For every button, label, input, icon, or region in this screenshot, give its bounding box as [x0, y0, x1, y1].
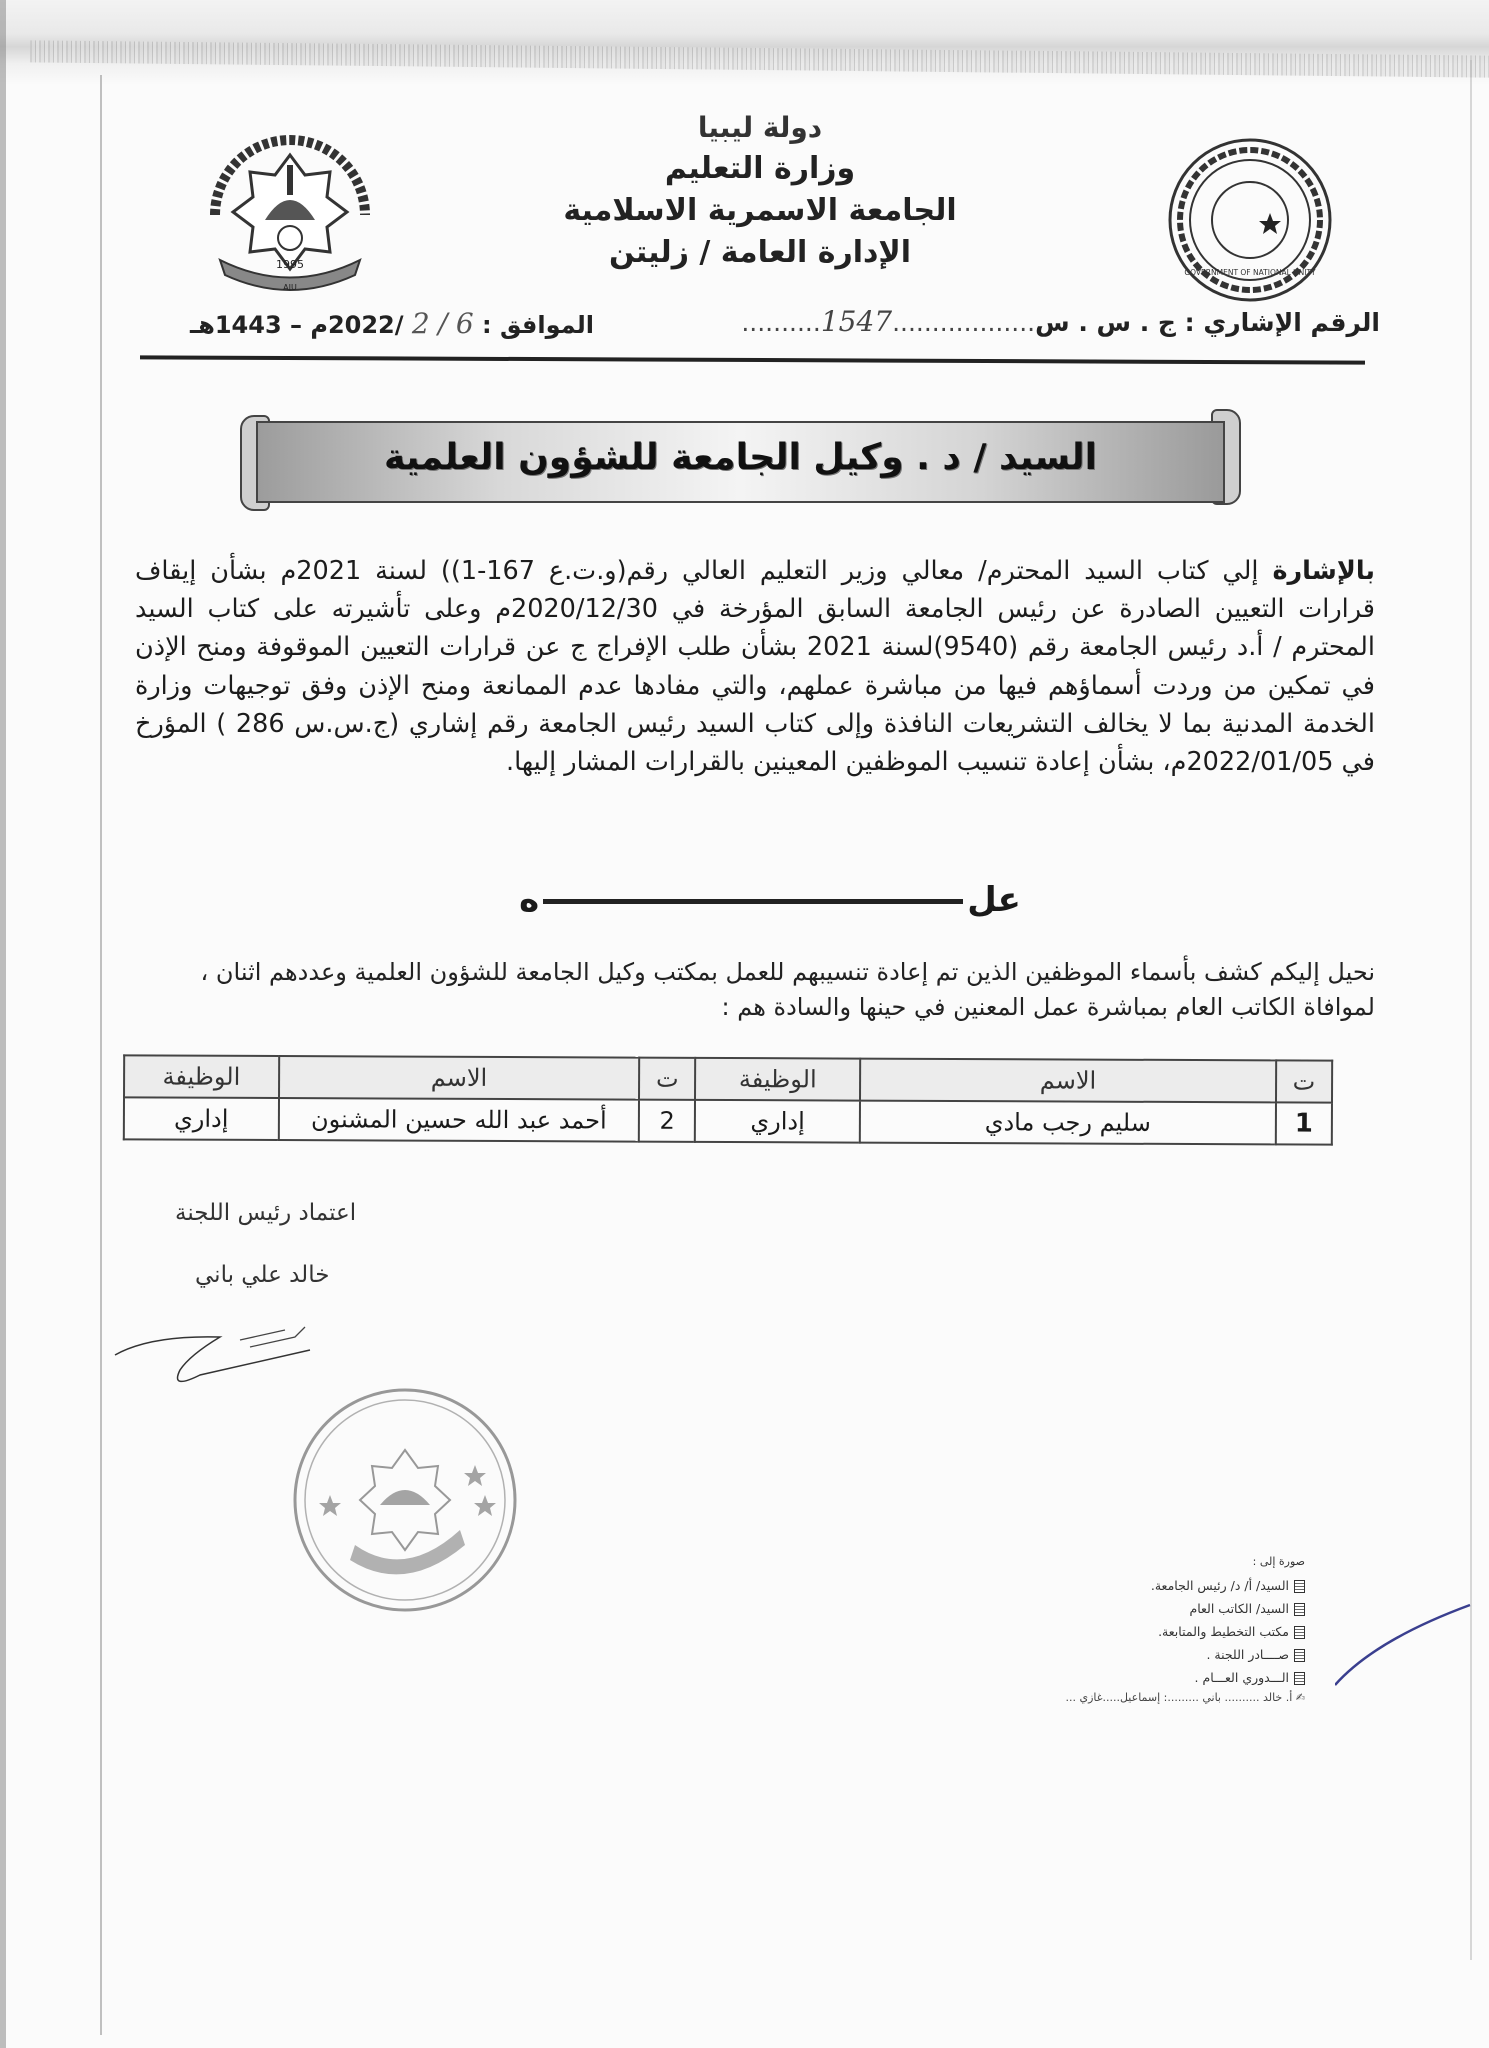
scan-artifact-left-edge	[0, 0, 6, 2048]
body-lead-word: بالإشارة	[1272, 556, 1375, 586]
pen-mark-icon	[1335, 1600, 1475, 1690]
signatory-name: خالد علي باني	[195, 1262, 329, 1288]
letter-body: بالإشارة إلي كتاب السيد المحترم/ معالي و…	[135, 552, 1375, 781]
ministry-name: وزارة التعليم	[480, 148, 1040, 190]
cell-no-a: 1	[1276, 1102, 1332, 1144]
pen-icon: ✍	[1296, 1691, 1305, 1704]
document-icon	[1294, 1603, 1305, 1616]
referral-paragraph: نحيل إليكم كشف بأسماء الموظفين الذين تم …	[130, 955, 1375, 1025]
header-name-b: الاسم	[279, 1056, 640, 1100]
letterhead: دولة ليبيا وزارة التعليم الجامعة الاسمري…	[480, 108, 1040, 274]
university-logo-icon: 1995 AIU	[195, 120, 385, 295]
reference-date: الموافق : 6 / 2 /2022م – 1443هـ	[190, 307, 594, 340]
alayhi-heading: عله	[490, 880, 1050, 920]
reference-label: الرقم الإشاري : ج . س . س	[1035, 308, 1380, 337]
reference-number-handwritten: 1547	[821, 305, 892, 338]
document-icon	[1294, 1580, 1305, 1593]
cc-item-label: مكتب التخطيط والمتابعة.	[1158, 1624, 1289, 1639]
addressee-title: السيد / د . وكيل الجامعة للشؤون العلمية	[238, 437, 1243, 478]
reference-row: الرقم الإشاري : ج . س . س...............…	[150, 305, 1380, 345]
university-name: الجامعة الاسمرية الاسلامية	[480, 190, 1040, 232]
prepared-by-line: ✍ أ. خالد .......... باني .........: إسم…	[960, 1691, 1305, 1704]
cc-title: صورة إلى :	[960, 1555, 1305, 1568]
cc-item-label: السيد/ الكاتب العام	[1189, 1601, 1289, 1616]
page-edge-left	[100, 75, 102, 2035]
department-name: الإدارة العامة / زليتن	[480, 232, 1040, 274]
date-month-handwritten: 2	[412, 307, 430, 340]
header-no-b: ت	[639, 1058, 695, 1100]
cc-item: مكتب التخطيط والمتابعة.	[960, 1620, 1305, 1643]
header-name-a: الاسم	[860, 1059, 1276, 1103]
svg-text:GOVERNMENT OF NATIONAL UNITY: GOVERNMENT OF NATIONAL UNITY	[1184, 268, 1316, 277]
cell-name-b: أحمد عبد الله حسين المشنون	[279, 1098, 640, 1142]
date-day-handwritten: 6	[456, 307, 474, 340]
cc-item: صــــادر اللجنة .	[960, 1643, 1305, 1666]
date-suffix: /2022م – 1443هـ	[190, 311, 404, 339]
svg-text:1995: 1995	[276, 258, 304, 271]
cc-item: السيد/ الكاتب العام	[960, 1597, 1305, 1620]
carbon-copy-list: صورة إلى : السيد/ أ/ د/ رئيس الجامعة. ال…	[960, 1555, 1305, 1704]
reference-dots-trailing: ..........	[741, 308, 820, 337]
government-seal-icon: GOVERNMENT OF NATIONAL UNITY	[1165, 135, 1335, 305]
country-name: دولة ليبيا	[480, 108, 1040, 148]
body-paragraph: إلي كتاب السيد المحترم/ معالي وزير التعل…	[135, 556, 1375, 777]
reference-number: الرقم الإشاري : ج . س . س...............…	[741, 305, 1380, 338]
cc-item-label: صــــادر اللجنة .	[1206, 1647, 1289, 1662]
alayhi-start: عل	[967, 880, 1021, 920]
employees-table: ت الاسم الوظيفة ت الاسم الوظيفة 1 سليم ر…	[123, 1054, 1333, 1145]
header-job-b: الوظيفة	[124, 1055, 279, 1098]
cell-job-b: إداري	[124, 1097, 279, 1140]
cc-item: السيد/ أ/ د/ رئيس الجامعة.	[960, 1574, 1305, 1597]
cell-name-a: سليم رجب مادي	[860, 1101, 1276, 1145]
document-icon	[1294, 1649, 1305, 1662]
table-header-row: ت الاسم الوظيفة ت الاسم الوظيفة	[124, 1055, 1332, 1102]
prepared-by-text: أ. خالد .......... باني .........: إسماع…	[1065, 1691, 1292, 1704]
reference-dots: ..................	[892, 308, 1035, 337]
committee-stamp-icon	[270, 1380, 540, 1620]
kashida-stretch	[543, 899, 963, 904]
header-divider	[140, 355, 1365, 364]
header-no-a: ت	[1276, 1060, 1332, 1102]
cc-item: الـــدوري العـــام .	[960, 1666, 1305, 1689]
addressee-banner: السيد / د . وكيل الجامعة للشؤون العلمية	[238, 405, 1243, 515]
date-separator: /	[438, 307, 447, 340]
date-label: الموافق :	[482, 311, 594, 339]
header-job-a: الوظيفة	[695, 1058, 860, 1101]
cell-job-a: إداري	[695, 1100, 860, 1143]
document-icon	[1294, 1672, 1305, 1685]
table-row: 1 سليم رجب مادي إداري 2 أحمد عبد الله حس…	[124, 1097, 1332, 1144]
alayhi-end: ه	[519, 880, 539, 920]
signature-title: اعتماد رئيس اللجنة	[175, 1200, 356, 1226]
document-icon	[1294, 1626, 1305, 1639]
cc-item-label: السيد/ أ/ د/ رئيس الجامعة.	[1151, 1578, 1289, 1593]
svg-text:AIU: AIU	[283, 283, 297, 292]
cell-no-b: 2	[639, 1100, 695, 1142]
cc-item-label: الـــدوري العـــام .	[1195, 1670, 1289, 1685]
